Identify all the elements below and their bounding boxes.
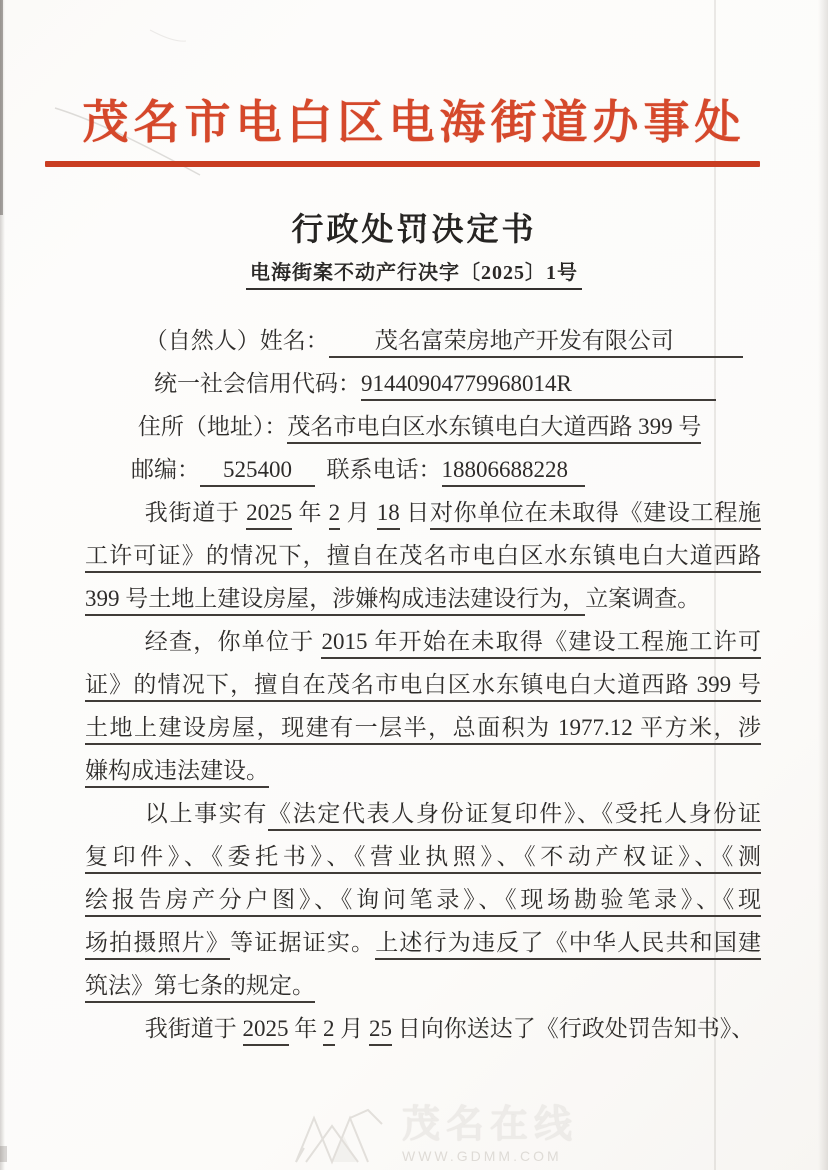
paragraph: 经查，你单位于 2015 年开始在未取得《建设工程施工许可证》的情况下，擅自在茂…: [85, 620, 761, 792]
text-run: 月: [335, 1016, 370, 1041]
document-body: （自然人）姓名： 茂名富荣房地产开发有限公司 统一社会信用代码：91440904…: [85, 319, 761, 1050]
watermark: 茂名在线 WWW.GDMM.COM: [292, 1104, 578, 1166]
document-line: 399 号土地上建设房屋，涉嫌构成违法建设行为，立案调查。: [85, 577, 761, 620]
scanned-document-page: 茂名市电白区电海街道办事处 行政处罚决定书 电海街案不动产行决字〔2025〕1号…: [0, 0, 828, 1170]
page-right-edge-shadow: [818, 0, 828, 1170]
text-run: （自然人）姓名：: [145, 328, 329, 353]
filled-blank: 上述行为违反了《中华人民共和国建: [375, 930, 761, 960]
paragraph: 邮编： 525400 联系电话：18806688228: [85, 448, 761, 491]
filled-blank: 嫌构成违法建设。: [85, 758, 269, 788]
filled-blank: 2015 年开始在未取得《建设工程施工许可: [321, 629, 761, 659]
paragraph: 以上事实有《法定代表人身份证复印件》、《受托人身份证复印件》、《委托书》、《营业…: [85, 792, 761, 1007]
document-line: 绘报告房产分户图》、《询问笔录》、《现场勘验笔录》、《现: [85, 878, 761, 921]
letterhead-divider-line: [45, 161, 760, 167]
doc-number-row: 电海街案不动产行决字〔2025〕1号: [0, 256, 828, 290]
text-run: 我街道于: [145, 500, 246, 525]
filled-blank: 筑法》第七条的规定。: [85, 973, 315, 1003]
filled-blank: 绘报告房产分户图》、《询问笔录》、《现场勘验笔录》、《现: [85, 887, 761, 917]
watermark-text: 茂名在线 WWW.GDMM.COM: [402, 1106, 578, 1164]
paragraph: 我街道于 2025 年 2 月 18 日对你单位在未取得《建设工程施工许可证》的…: [85, 491, 761, 620]
filled-blank: 2025: [243, 1016, 289, 1046]
text-run: 日向你送达了《行政处罚告知书》、: [392, 1016, 754, 1041]
filled-blank: 工许可证》的情况下，擅自在茂名市电白区水东镇电白大道西路: [85, 543, 761, 573]
text-run: 等证据证实。: [230, 930, 375, 955]
filled-blank: 茂名富荣房地产开发有限公司: [329, 328, 743, 358]
filled-blank: 2025: [246, 500, 292, 530]
text-run: 联系电话：: [315, 457, 442, 482]
filled-blank: 91440904779968014R: [361, 371, 716, 401]
text-run: 立案调查。: [585, 586, 700, 611]
paragraph: 我街道于 2025 年 2 月 25 日向你送达了《行政处罚告知书》、: [85, 1007, 761, 1050]
filled-blank: 证》的情况下，擅自在茂名市电白区水东镇电白大道西路 399 号: [85, 672, 761, 702]
watermark-site-name: 茂名在线: [402, 1106, 578, 1144]
document-title: 行政处罚决定书: [0, 204, 828, 250]
document-line: （自然人）姓名： 茂名富荣房地产开发有限公司: [85, 319, 761, 362]
filled-blank: 2: [323, 1016, 335, 1046]
scan-smudge: [0, 1146, 7, 1162]
document-line: 我街道于 2025 年 2 月 25 日向你送达了《行政处罚告知书》、: [85, 1007, 761, 1050]
filled-blank: 复印件》、《委托书》、《营业执照》、《不动产权证》、《测: [85, 844, 761, 874]
document-line: 复印件》、《委托书》、《营业执照》、《不动产权证》、《测: [85, 835, 761, 878]
text-run: 年: [289, 1016, 324, 1041]
filled-blank: 525400: [200, 457, 315, 487]
text-run: 月: [340, 500, 377, 525]
filled-blank: 399 号土地上建设房屋，涉嫌构成违法建设行为，: [85, 586, 585, 616]
document-line: 场拍摄照片》等证据证实。上述行为违反了《中华人民共和国建: [85, 921, 761, 964]
text-run: 统一社会信用代码：: [154, 371, 361, 396]
text-run: 住所（地址）：: [138, 414, 288, 439]
filled-blank: 对你单位在未取得《建设工程施: [430, 500, 761, 530]
document-line: 以上事实有《法定代表人身份证复印件》、《受托人身份证: [85, 792, 761, 835]
filled-blank: 25: [369, 1016, 392, 1046]
document-line: 邮编： 525400 联系电话：18806688228: [85, 448, 761, 491]
document-line: 住所（地址）：茂名市电白区水东镇电白大道西路 399 号: [85, 405, 761, 448]
filled-blank: 场拍摄照片》: [85, 930, 230, 960]
filled-blank: 18806688228: [442, 457, 586, 487]
text-run: 日: [400, 500, 430, 525]
maoming-online-logo-icon: [292, 1104, 388, 1166]
document-line: 经查，你单位于 2015 年开始在未取得《建设工程施工许可: [85, 620, 761, 663]
document-line: 土地上建设房屋，现建有一层半，总面积为 1977.12 平方米，涉: [85, 706, 761, 749]
document-line: 筑法》第七条的规定。: [85, 964, 761, 1007]
filled-blank: 茂名市电白区水东镇电白大道西路 399 号: [287, 414, 701, 444]
document-line: 统一社会信用代码：91440904779968014R: [85, 362, 761, 405]
watermark-site-url: WWW.GDMM.COM: [402, 1148, 562, 1164]
filled-blank: 2: [329, 500, 341, 530]
document-line: 工许可证》的情况下，擅自在茂名市电白区水东镇电白大道西路: [85, 534, 761, 577]
paragraph: 统一社会信用代码：91440904779968014R: [85, 362, 761, 405]
text-run: 经查，你单位于: [145, 629, 322, 654]
text-run: 以上事实有: [145, 801, 268, 826]
filled-blank: 《法定代表人身份证复印件》、《受托人身份证: [268, 801, 761, 831]
case-number: 电海街案不动产行决字〔2025〕1号: [246, 256, 582, 290]
document-line: 证》的情况下，擅自在茂名市电白区水东镇电白大道西路 399 号: [85, 663, 761, 706]
text-run: 邮编：: [131, 457, 200, 482]
text-run: 我街道于: [145, 1016, 243, 1041]
paragraph: 住所（地址）：茂名市电白区水东镇电白大道西路 399 号: [85, 405, 761, 448]
filled-blank: 土地上建设房屋，现建有一层半，总面积为 1977.12 平方米，涉: [85, 715, 761, 745]
text-run: 年: [292, 500, 329, 525]
filled-blank: 18: [377, 500, 400, 530]
paragraph: （自然人）姓名： 茂名富荣房地产开发有限公司: [85, 319, 761, 362]
document-line: 我街道于 2025 年 2 月 18 日对你单位在未取得《建设工程施: [85, 491, 761, 534]
agency-letterhead: 茂名市电白区电海街道办事处: [0, 86, 828, 152]
document-line: 嫌构成违法建设。: [85, 749, 761, 792]
